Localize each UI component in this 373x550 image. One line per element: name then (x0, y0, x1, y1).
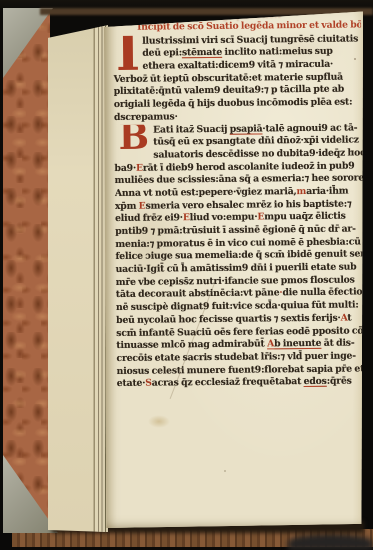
photo-backdrop: Alib̄ tunimay quiconck- Incipit de scō S… (0, 0, 373, 550)
marbled-cover-board (3, 8, 50, 533)
parchment-stain (148, 415, 170, 428)
vellum-corner-top (3, 8, 53, 78)
text-line: origiali legēda q̄ hijs duobus incōmodis… (114, 97, 362, 112)
leaf-edges (48, 20, 108, 532)
manuscript-page: Alib̄ tunimay quiconck- Incipit de scō S… (104, 10, 363, 528)
text-block: Incipit de scō Suatio legēda minor et va… (113, 19, 365, 391)
paragraph-1: I llustrissimi viri scī Suacij tungrēsē … (113, 33, 362, 124)
cover-top-edge (40, 8, 373, 15)
background-shadow (288, 534, 373, 550)
initial-letter-I: I (113, 35, 142, 73)
paragraph-2: B Eati itaz̄ Suacij psapiā·talē agnoui9 … (114, 122, 365, 391)
rubric-line: Incipit de scō Suatio legēda minor et va… (113, 19, 361, 34)
text-line: etate·Sacras q̄z ecclesiaz̄ frequētabat … (117, 376, 365, 391)
initial-letter-B: B (114, 124, 153, 150)
